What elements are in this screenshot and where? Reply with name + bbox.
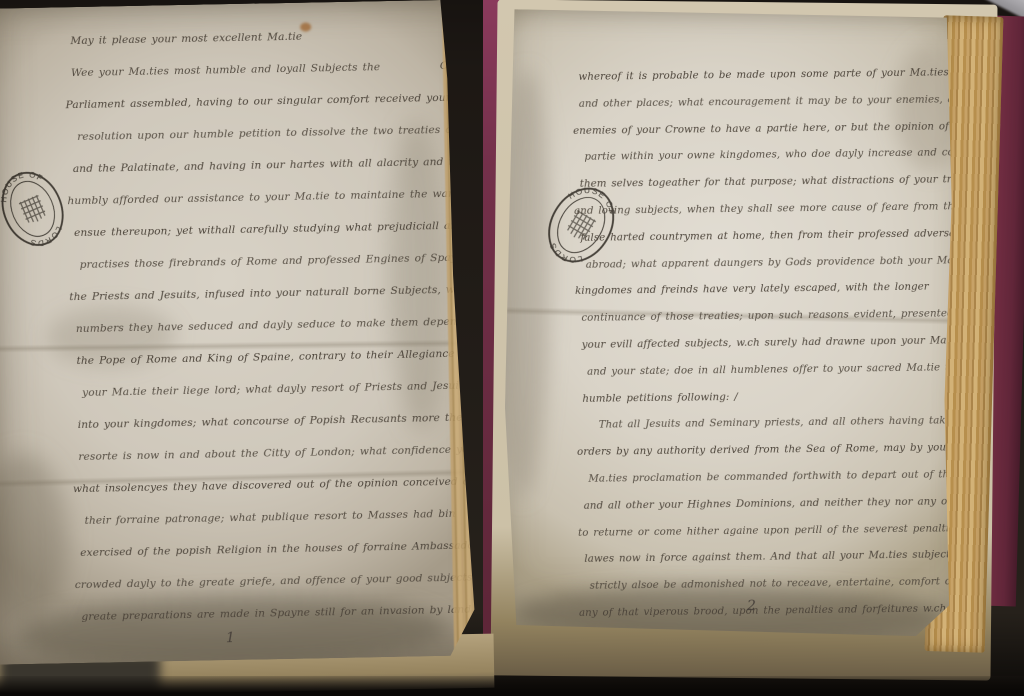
archive-photo: HOUSE OF LORDS May it please your most e… [0, 0, 1024, 696]
manuscript-line: continuance of those treaties; upon such… [581, 301, 971, 333]
manuscript-line: to returne or come hither againe upon pe… [578, 516, 974, 548]
manuscript-text-left: May it please your most excellent Ma.tie… [70, 17, 482, 633]
manuscript-line: and other places; what encouragement it … [579, 87, 969, 119]
photo-bottom-shadow [0, 676, 1024, 696]
manuscript-line: and loving subjects, when they shall see… [574, 194, 970, 226]
manuscript-text-right: whereof it is probable to be made upon s… [578, 60, 975, 627]
manuscript-line: Ma.ties proclamation be commanded forthw… [588, 462, 973, 493]
page-number: 2 [747, 598, 756, 614]
svg-text:HOUSE OF: HOUSE OF [0, 162, 49, 205]
manuscript-line: That all Jesuits and Seminary priests, a… [583, 408, 973, 440]
stamp-text-top: HOUSE OF [0, 162, 49, 205]
page-number: 1 [226, 630, 235, 646]
manuscript-line: and your state; doe in all humblenes off… [587, 355, 972, 386]
portcullis-icon [19, 194, 48, 225]
manuscript-line: any of that viperous brood, upon the pen… [579, 596, 975, 628]
manuscript-line: partie within your owne kingdomes, who d… [584, 140, 969, 171]
manuscript-line: strictly alsoe be admonished not to rece… [590, 569, 975, 600]
manuscript-page-left: HOUSE OF LORDS May it please your most e… [0, 0, 490, 665]
house-of-lords-stamp: HOUSE OF LORDS [0, 159, 77, 259]
manuscript-page-right: HOUSE OF LORDS whereof it is probable to… [502, 9, 980, 637]
manuscript-line: abroad; what apparent daungers by Gods p… [586, 248, 971, 279]
